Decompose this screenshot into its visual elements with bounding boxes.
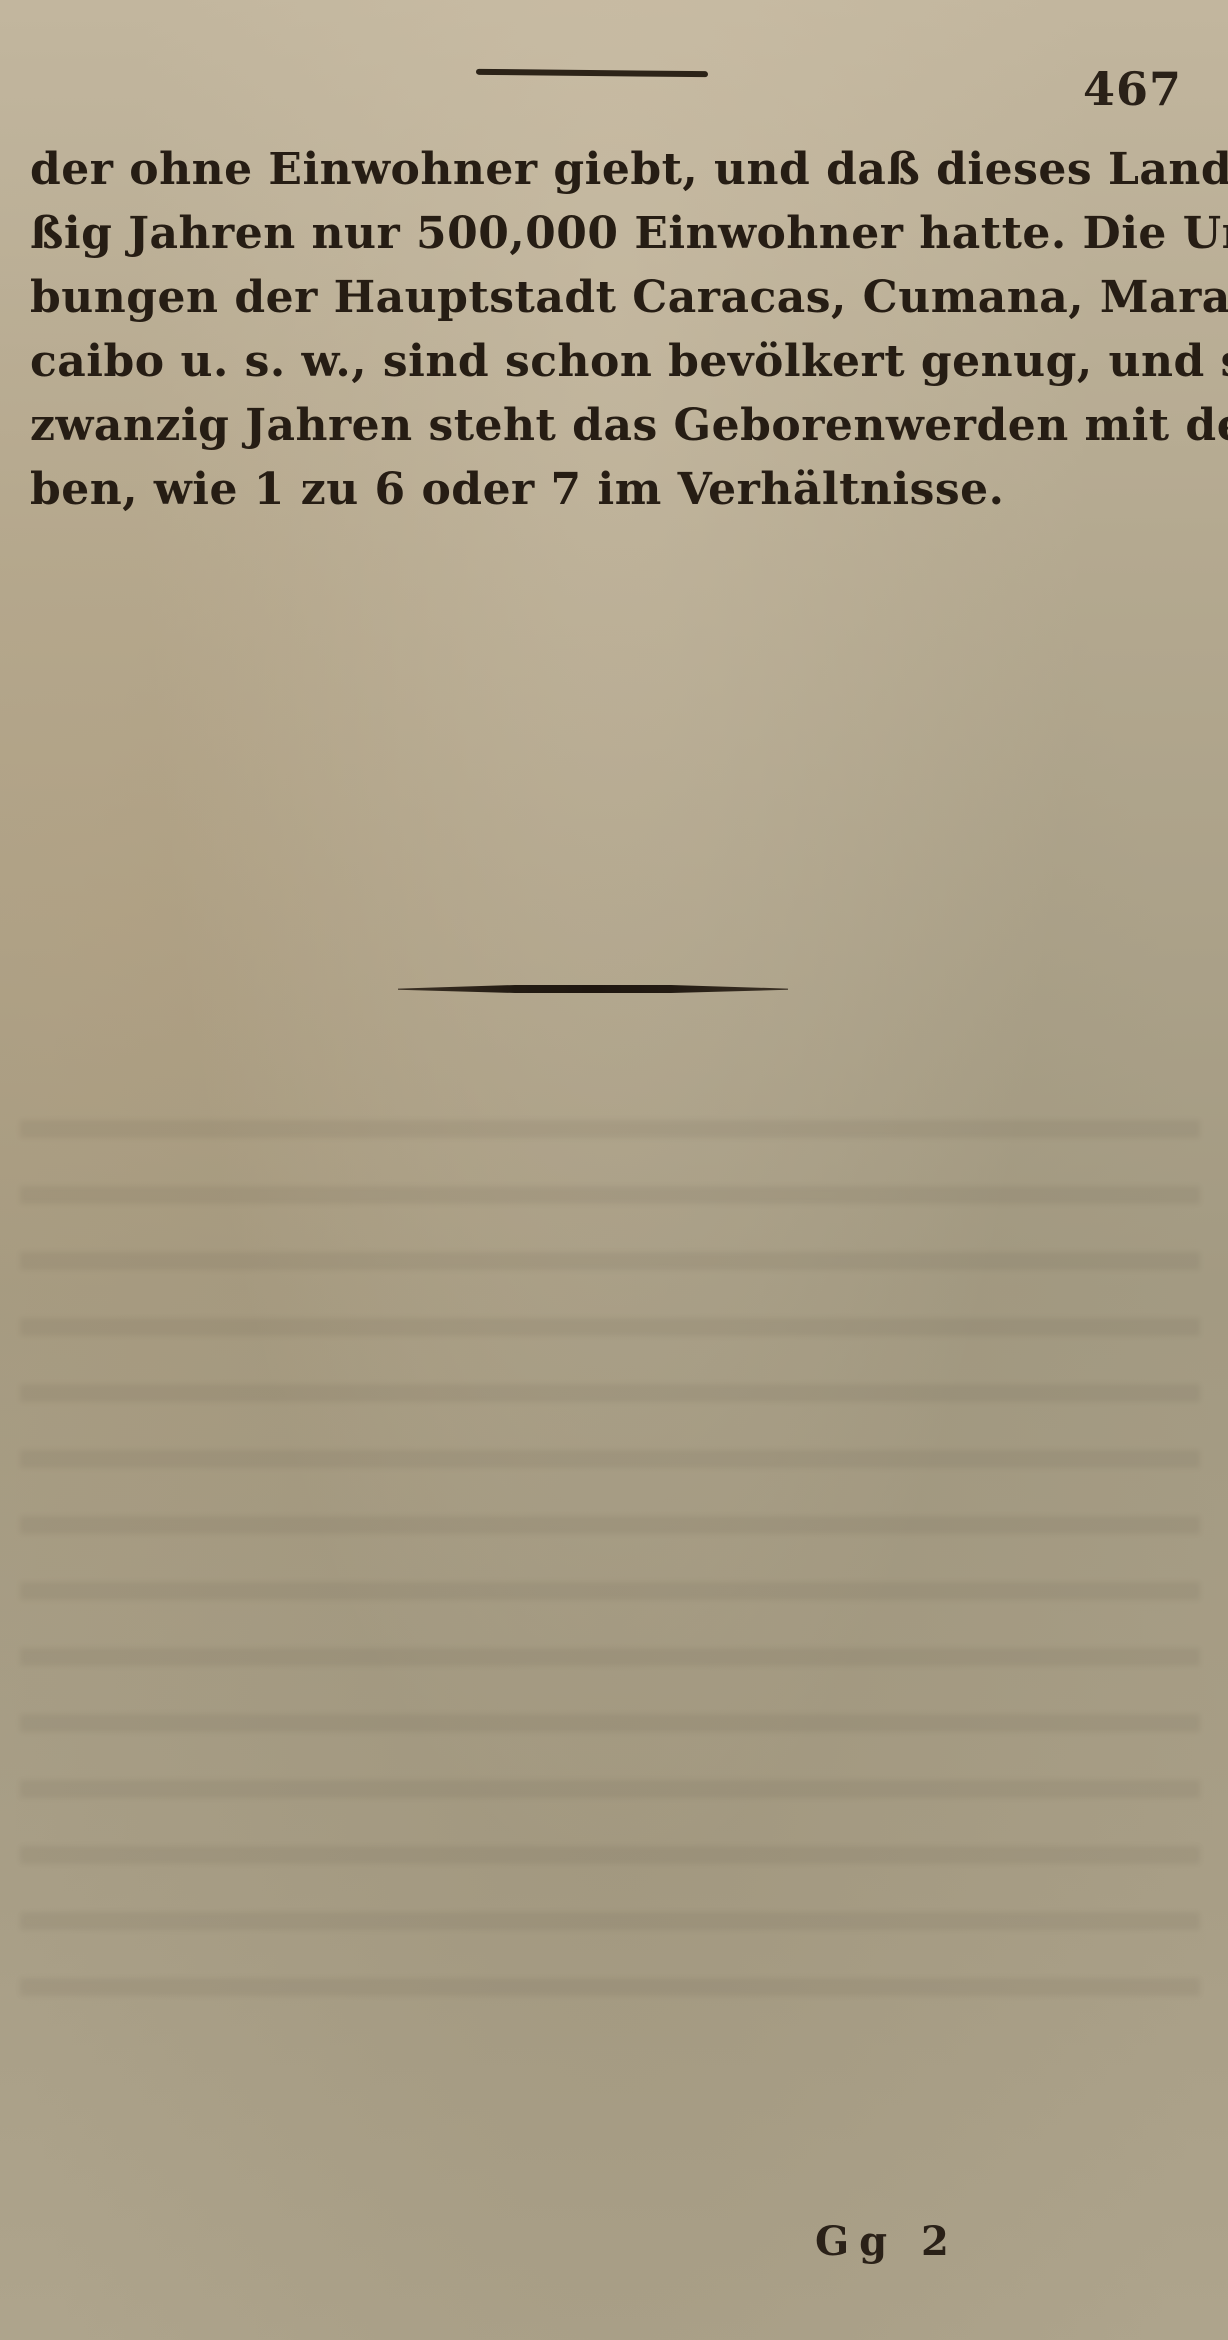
text-line: zwanzig Jahren steht das Geborenwerden m… bbox=[30, 394, 1180, 458]
book-page: 467 der ohne Einwohner giebt, und daß di… bbox=[0, 0, 1228, 2340]
section-end-rule bbox=[398, 985, 788, 993]
text-line-last: ben, wie 1 zu 6 oder 7 im Verhältnisse. bbox=[30, 458, 1180, 522]
body-paragraph: der ohne Einwohner giebt, und daß dieses… bbox=[30, 138, 1180, 522]
text-line: der ohne Einwohner giebt, und daß dieses… bbox=[30, 138, 1180, 202]
text-line: ßig Jahren nur 500,000 Einwohner hatte. … bbox=[30, 202, 1180, 266]
show-through-text bbox=[20, 1120, 1200, 2020]
header-rule bbox=[476, 69, 708, 77]
text-line: bungen der Hauptstadt Caracas, Cumana, M… bbox=[30, 266, 1180, 330]
text-line: caibo u. s. w., sind schon bevölkert gen… bbox=[30, 330, 1180, 394]
page-number: 467 bbox=[1083, 62, 1182, 116]
signature-mark: Gg 2 bbox=[815, 2218, 959, 2265]
